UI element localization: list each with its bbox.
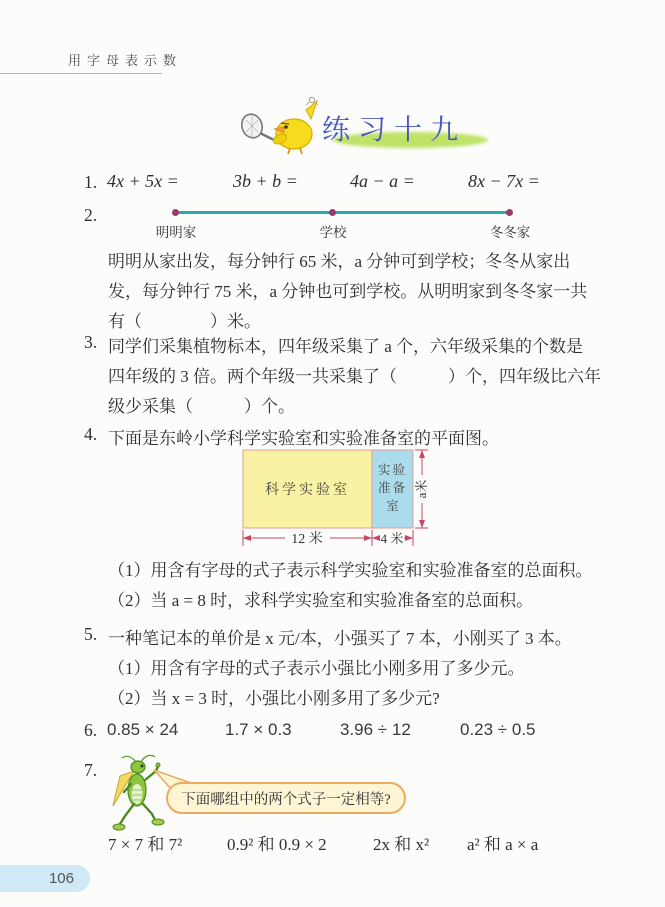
width-dimension-label: 4 米 [381,531,404,546]
point-dot [329,209,336,216]
problem-3-text: 同学们采集植物标本，四年级采集了 a 个，六年级采集的个数是 [108,332,583,357]
problem-5-intro: 一种笔记本的单价是 x 元/本，小强买了 7 本，小刚买了 3 本。 [108,624,572,649]
width-dimension-label: 12 米 [291,530,323,547]
prep-room-label: 室 [386,498,399,513]
point-dot [172,209,179,216]
problem-7-number: 7. [84,760,97,781]
problem-1-expression: 8x − 7x = [468,171,540,192]
problem-7-expression: 7 × 7 和 7² [108,830,182,855]
problem-5-sub: （1）用含有字母的式子表示小强比小刚多用了多少元。 [108,654,525,679]
problem-2-text: 有（ ）米。 [108,307,261,332]
point-label-dongdong-home: 冬冬家 [490,221,531,241]
problem-2-text: 明明从家出发，每分钟行 65 米，a 分钟可到学校；冬冬从家出 [108,247,570,272]
point-label-school: 学校 [320,221,347,241]
problem-4-sub: （2）当 a = 8 时，求科学实验室和实验准备室的总面积。 [108,586,533,611]
problem-5-number: 5. [84,624,97,645]
problem-6-expression: 0.85 × 24 [107,720,178,740]
problem-2-number: 2. [84,205,97,226]
chick-mascot-illustration [236,92,336,156]
problem-3-text: 级少采集（ ）个。 [108,392,295,417]
textbook-page: 用字母表示数 练习十九 1. 4x + 5x = 3b + b = 4a − a… [0,0,665,907]
speech-bubble: 下面哪组中的两个式子一定相等? [166,782,406,814]
problem-7-expression: a² 和 a × a [467,830,538,855]
distance-line [175,211,512,214]
problem-5-sub: （2）当 x = 3 时，小强比小刚多用了多少元? [108,684,440,709]
problem-6-expression: 3.96 ÷ 12 [340,720,411,740]
running-head: 用字母表示数 [68,50,182,69]
science-lab-label: 科学实验室 [265,481,350,498]
problem-3-number: 3. [84,332,97,353]
problem-4-sub: （1）用含有字母的式子表示科学实验室和实验准备室的总面积。 [108,556,593,581]
grasshopper-mascot-illustration [108,754,174,834]
problem-4-number: 4. [84,424,97,445]
problem-6-expression: 0.23 ÷ 0.5 [460,720,536,740]
height-dimension-label: a米 [414,480,429,499]
problem-6-expression: 1.7 × 0.3 [225,720,292,740]
page-number: 106 [49,870,74,887]
prep-room-label: 准备 [378,480,407,495]
page-number-badge: 106 [0,865,90,892]
point-dot [506,209,513,216]
problem-7-expression: 2x 和 x² [373,830,429,855]
problem-1-number: 1. [84,172,97,193]
speech-bubble-text: 下面哪组中的两个式子一定相等? [181,788,390,809]
problem-3-text: 四年级的 3 倍。两个年级一共采集了（ ）个，四年级比六年 [108,362,601,387]
floor-plan-diagram: 科学实验室 实验 准备 室 12 米 4 米 [235,444,435,550]
problem-2-text: 发，每分钟行 75 米，a 分钟也可到学校。从明明家到冬冬家一共 [108,277,587,302]
problem-1-expression: 4x + 5x = [107,171,179,192]
problem-6-number: 6. [84,720,97,741]
prep-room-label: 实验 [378,463,407,477]
point-label-mingming-home: 明明家 [156,221,197,241]
problem-7-expression: 0.9² 和 0.9 × 2 [227,830,327,855]
problem-1-expression: 4a − a = [350,171,415,192]
problem-1-expression: 3b + b = [233,171,298,192]
exercise-title: 练习十九 [322,108,466,148]
header-rule [0,73,162,74]
